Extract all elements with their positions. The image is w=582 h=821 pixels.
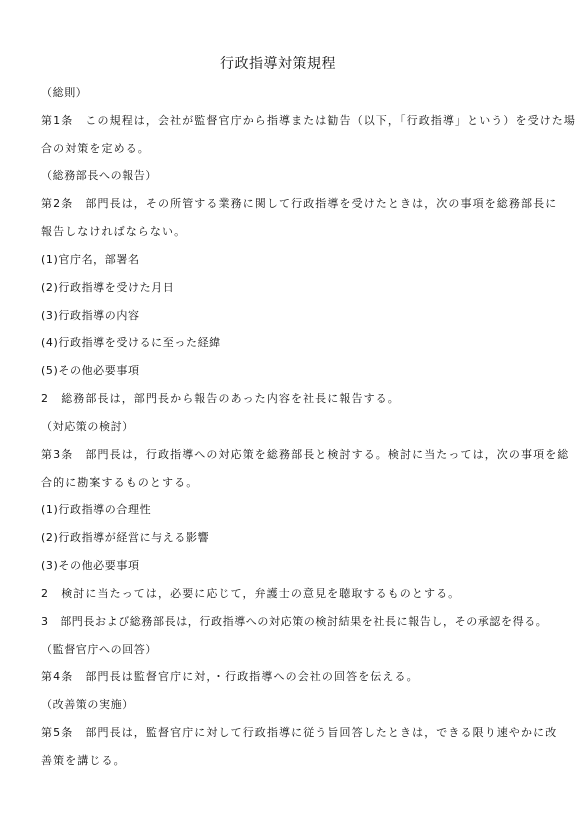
article-3-line-1: 第3条 部門長は，行政指導への対応策を総務部長と検討する。検討に当たっては，次の… [41, 446, 541, 474]
article-2-line-1: 第2条 部門長は，その所管する業務に関して行政指導を受けたときは，次の事項を総務… [41, 195, 541, 223]
section-heading-improvement: （改善策の実施） [41, 696, 541, 724]
article-5-line-2: 善策を講じる。 [41, 752, 541, 780]
section-heading-countermeasures: （対応策の検討） [41, 418, 541, 446]
article-2-item-4: (4)行政指導を受けるに至った経緯 [41, 334, 541, 362]
article-2-line-2: 報告しなければならない。 [41, 223, 541, 251]
article-2-item-3: (3)行政指導の内容 [41, 307, 541, 335]
article-2-paragraph-2: 2 総務部長は，部門長から報告のあった内容を社長に報告する。 [41, 390, 541, 418]
article-2-item-5: (5)その他必要事項 [41, 362, 541, 390]
article-3-item-2: (2)行政指導が経営に与える影響 [41, 529, 541, 557]
article-2-item-2: (2)行政指導を受けた月日 [41, 279, 541, 307]
document-title: 行政指導対策規程 [0, 55, 556, 73]
article-3-line-2: 合的に勘案するものとする。 [41, 474, 541, 502]
article-3-paragraph-3: 3 部門長および総務部長は，行政指導への対応策の検討結果を社長に報告し，その承認… [41, 613, 541, 641]
article-4-line-1: 第4条 部門長は監督官庁に対，・行政指導への会社の回答を伝える。 [41, 668, 541, 696]
article-1-line-2: 合の対策を定める。 [41, 140, 541, 168]
article-3-item-3: (3)その他必要事項 [41, 557, 541, 585]
section-heading-general: （総則） [41, 84, 541, 112]
document-body: （総則） 第1条 この規程は，会社が監督官庁から指導または勧告（以下，「行政指導… [41, 84, 541, 780]
section-heading-reply-to-authority: （監督官庁への回答） [41, 641, 541, 669]
document-page: 行政指導対策規程 （総則） 第1条 この規程は，会社が監督官庁から指導または勧告… [0, 0, 582, 821]
article-1-line-1: 第1条 この規程は，会社が監督官庁から指導または勧告（以下，「行政指導」という）… [41, 112, 541, 140]
article-3-paragraph-2: 2 検討に当たっては，必要に応じて，弁護士の意見を聴取するものとする。 [41, 585, 541, 613]
article-2-item-1: (1)官庁名，部署名 [41, 251, 541, 279]
section-heading-report-to-gm: （総務部長への報告） [41, 167, 541, 195]
article-5-line-1: 第5条 部門長は，監督官庁に対して行政指導に従う旨回答したときは，できる限り速や… [41, 724, 541, 752]
article-3-item-1: (1)行政指導の合理性 [41, 501, 541, 529]
